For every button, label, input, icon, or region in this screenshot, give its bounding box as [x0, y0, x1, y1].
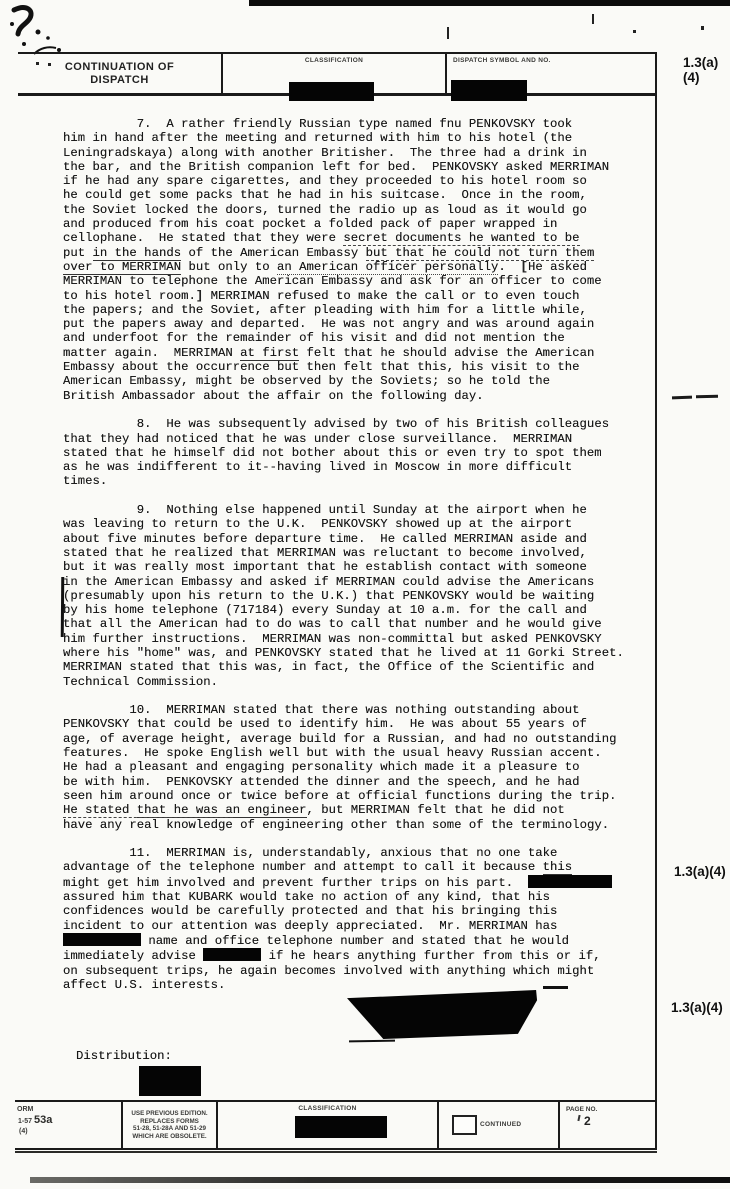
classification-redaction: [289, 82, 374, 101]
text-run: , but MERRIMAN felt that he did not: [307, 803, 565, 817]
replaces-line: USE PREVIOUS EDITION.: [131, 1110, 207, 1118]
form-number-line1: ORM: [17, 1106, 33, 1113]
header-title-line2: DISPATCH: [90, 74, 149, 87]
text-run: but that he could not turn them: [366, 246, 595, 261]
continued-checkbox: [452, 1115, 477, 1135]
text-run: at first: [240, 346, 299, 361]
page-number-label: PAGE NO.: [566, 1106, 597, 1113]
scan-speck: [592, 14, 594, 24]
inline-redaction: [63, 933, 141, 946]
text-run: but only to: [181, 260, 277, 274]
paragraph: 11. MERRIMAN is, understandably, anxious…: [63, 846, 657, 992]
page-number-value: 2: [584, 1114, 591, 1128]
paragraph: 9. Nothing else happened until Sunday at…: [63, 503, 657, 689]
scan-speck: [701, 26, 704, 30]
text-run: might get him involved and prevent furth…: [63, 876, 528, 890]
header-title-line1: CONTINUATION OF: [65, 61, 174, 74]
paragraph: 8. He was subsequently advised by two of…: [63, 417, 657, 488]
text-run: that he was an engineer: [137, 803, 307, 818]
text-run: [: [521, 260, 528, 274]
continued-label: CONTINUED: [480, 1121, 521, 1128]
scan-speck: [447, 27, 449, 39]
signature-pencil-line: [349, 1040, 395, 1043]
footer-form-number-cell: ORM 1-57 53a (4): [15, 1102, 123, 1148]
replaces-line: WHICH ARE OBSOLETE.: [132, 1133, 206, 1141]
replaces-line: REPLACES FORMS: [140, 1118, 199, 1126]
signature-redaction: [347, 989, 538, 1040]
inline-redaction: [528, 875, 612, 888]
replaces-line: 51-28, 51-28A AND 51-29: [133, 1125, 206, 1133]
footer-page-number-cell: PAGE NO. 2: [560, 1102, 657, 1148]
body-paragraphs: 7. A rather friendly Russian type named …: [63, 117, 657, 992]
dispatch-header-table: CONTINUATION OF DISPATCH CLASSIFICATION …: [18, 52, 656, 96]
paragraph: 7. A rather friendly Russian type named …: [63, 117, 657, 403]
text-run: assured him that KUBARK would take no ac…: [63, 890, 557, 933]
inline-redaction: [203, 948, 261, 961]
text-run: of the American Embassy: [181, 246, 365, 260]
text-run: of engineering other than some of the te…: [233, 818, 609, 832]
dispatch-symbol-redaction: [451, 80, 527, 101]
margin-pencil-dash: [672, 396, 692, 400]
footer-classification-cell: CLASSIFICATION: [218, 1102, 439, 1148]
paragraph: 10. MERRIMAN stated that there was nothi…: [63, 703, 657, 832]
text-run: secret documents he wanted to be: [343, 231, 579, 246]
header-classification-cell: CLASSIFICATION: [223, 54, 447, 93]
footer-replaces-cell: USE PREVIOUS EDITION. REPLACES FORMS 51-…: [123, 1102, 218, 1148]
text-run: over to MERRIMAN: [63, 260, 181, 275]
text-run: in the hands: [93, 246, 182, 261]
classification-label: CLASSIFICATION: [223, 57, 445, 64]
text-run: 10. MERRIMAN stated that there was nothi…: [63, 703, 616, 817]
dispatch-symbol-label: DISPATCH SYMBOL AND NO.: [453, 57, 551, 64]
text-run: 7. A rather friendly Russian type named …: [63, 117, 609, 245]
form-number-line3: (4): [19, 1128, 28, 1135]
text-run: .: [498, 260, 520, 274]
scan-edge-bar-top: [249, 0, 730, 6]
footer-classification-label: CLASSIFICATION: [218, 1105, 437, 1112]
header-title-cell: CONTINUATION OF DISPATCH: [18, 54, 223, 93]
page-number-tick-mark: [577, 1115, 580, 1121]
text-run: 9. Nothing else happened until Sunday at…: [63, 503, 624, 689]
header-dispatch-symbol-cell: DISPATCH SYMBOL AND NO.: [447, 54, 656, 93]
distribution-label: Distribution:: [76, 1049, 172, 1063]
text-run: this: [543, 860, 573, 875]
text-run: have any real knowledge: [63, 817, 233, 832]
form-number-prefix: 1-57: [18, 1118, 32, 1125]
text-run: put: [63, 246, 93, 260]
form-number-line2: 1-57 53a: [18, 1114, 52, 1126]
scanned-dispatch-page: CONTINUATION OF DISPATCH CLASSIFICATION …: [0, 0, 730, 1189]
signature-dash-mark: [543, 986, 568, 989]
footer-continued-cell: CONTINUED: [439, 1102, 560, 1148]
text-run: 8. He was subsequently advised by two of…: [63, 417, 609, 488]
footer-double-rule: [15, 1151, 657, 1153]
dispatch-footer-table: ORM 1-57 53a (4) USE PREVIOUS EDITION. R…: [15, 1100, 657, 1150]
declass-marking-bottom: 1.3(a)(4): [671, 1000, 723, 1015]
distribution-redaction: [139, 1066, 201, 1096]
footer-classification-redaction: [295, 1116, 387, 1138]
scan-speck: [633, 30, 636, 33]
text-run: 11. MERRIMAN is, understandably, anxious…: [63, 846, 557, 874]
declass-marking-top: 1.3(a)(4): [683, 55, 730, 85]
form-number: 53a: [34, 1114, 52, 1126]
scan-edge-bar-bottom: [30, 1177, 730, 1183]
declass-marking-middle: 1.3(a)(4): [674, 864, 726, 879]
margin-pencil-dash: [696, 395, 718, 398]
text-run: an American officer personally: [277, 260, 498, 275]
